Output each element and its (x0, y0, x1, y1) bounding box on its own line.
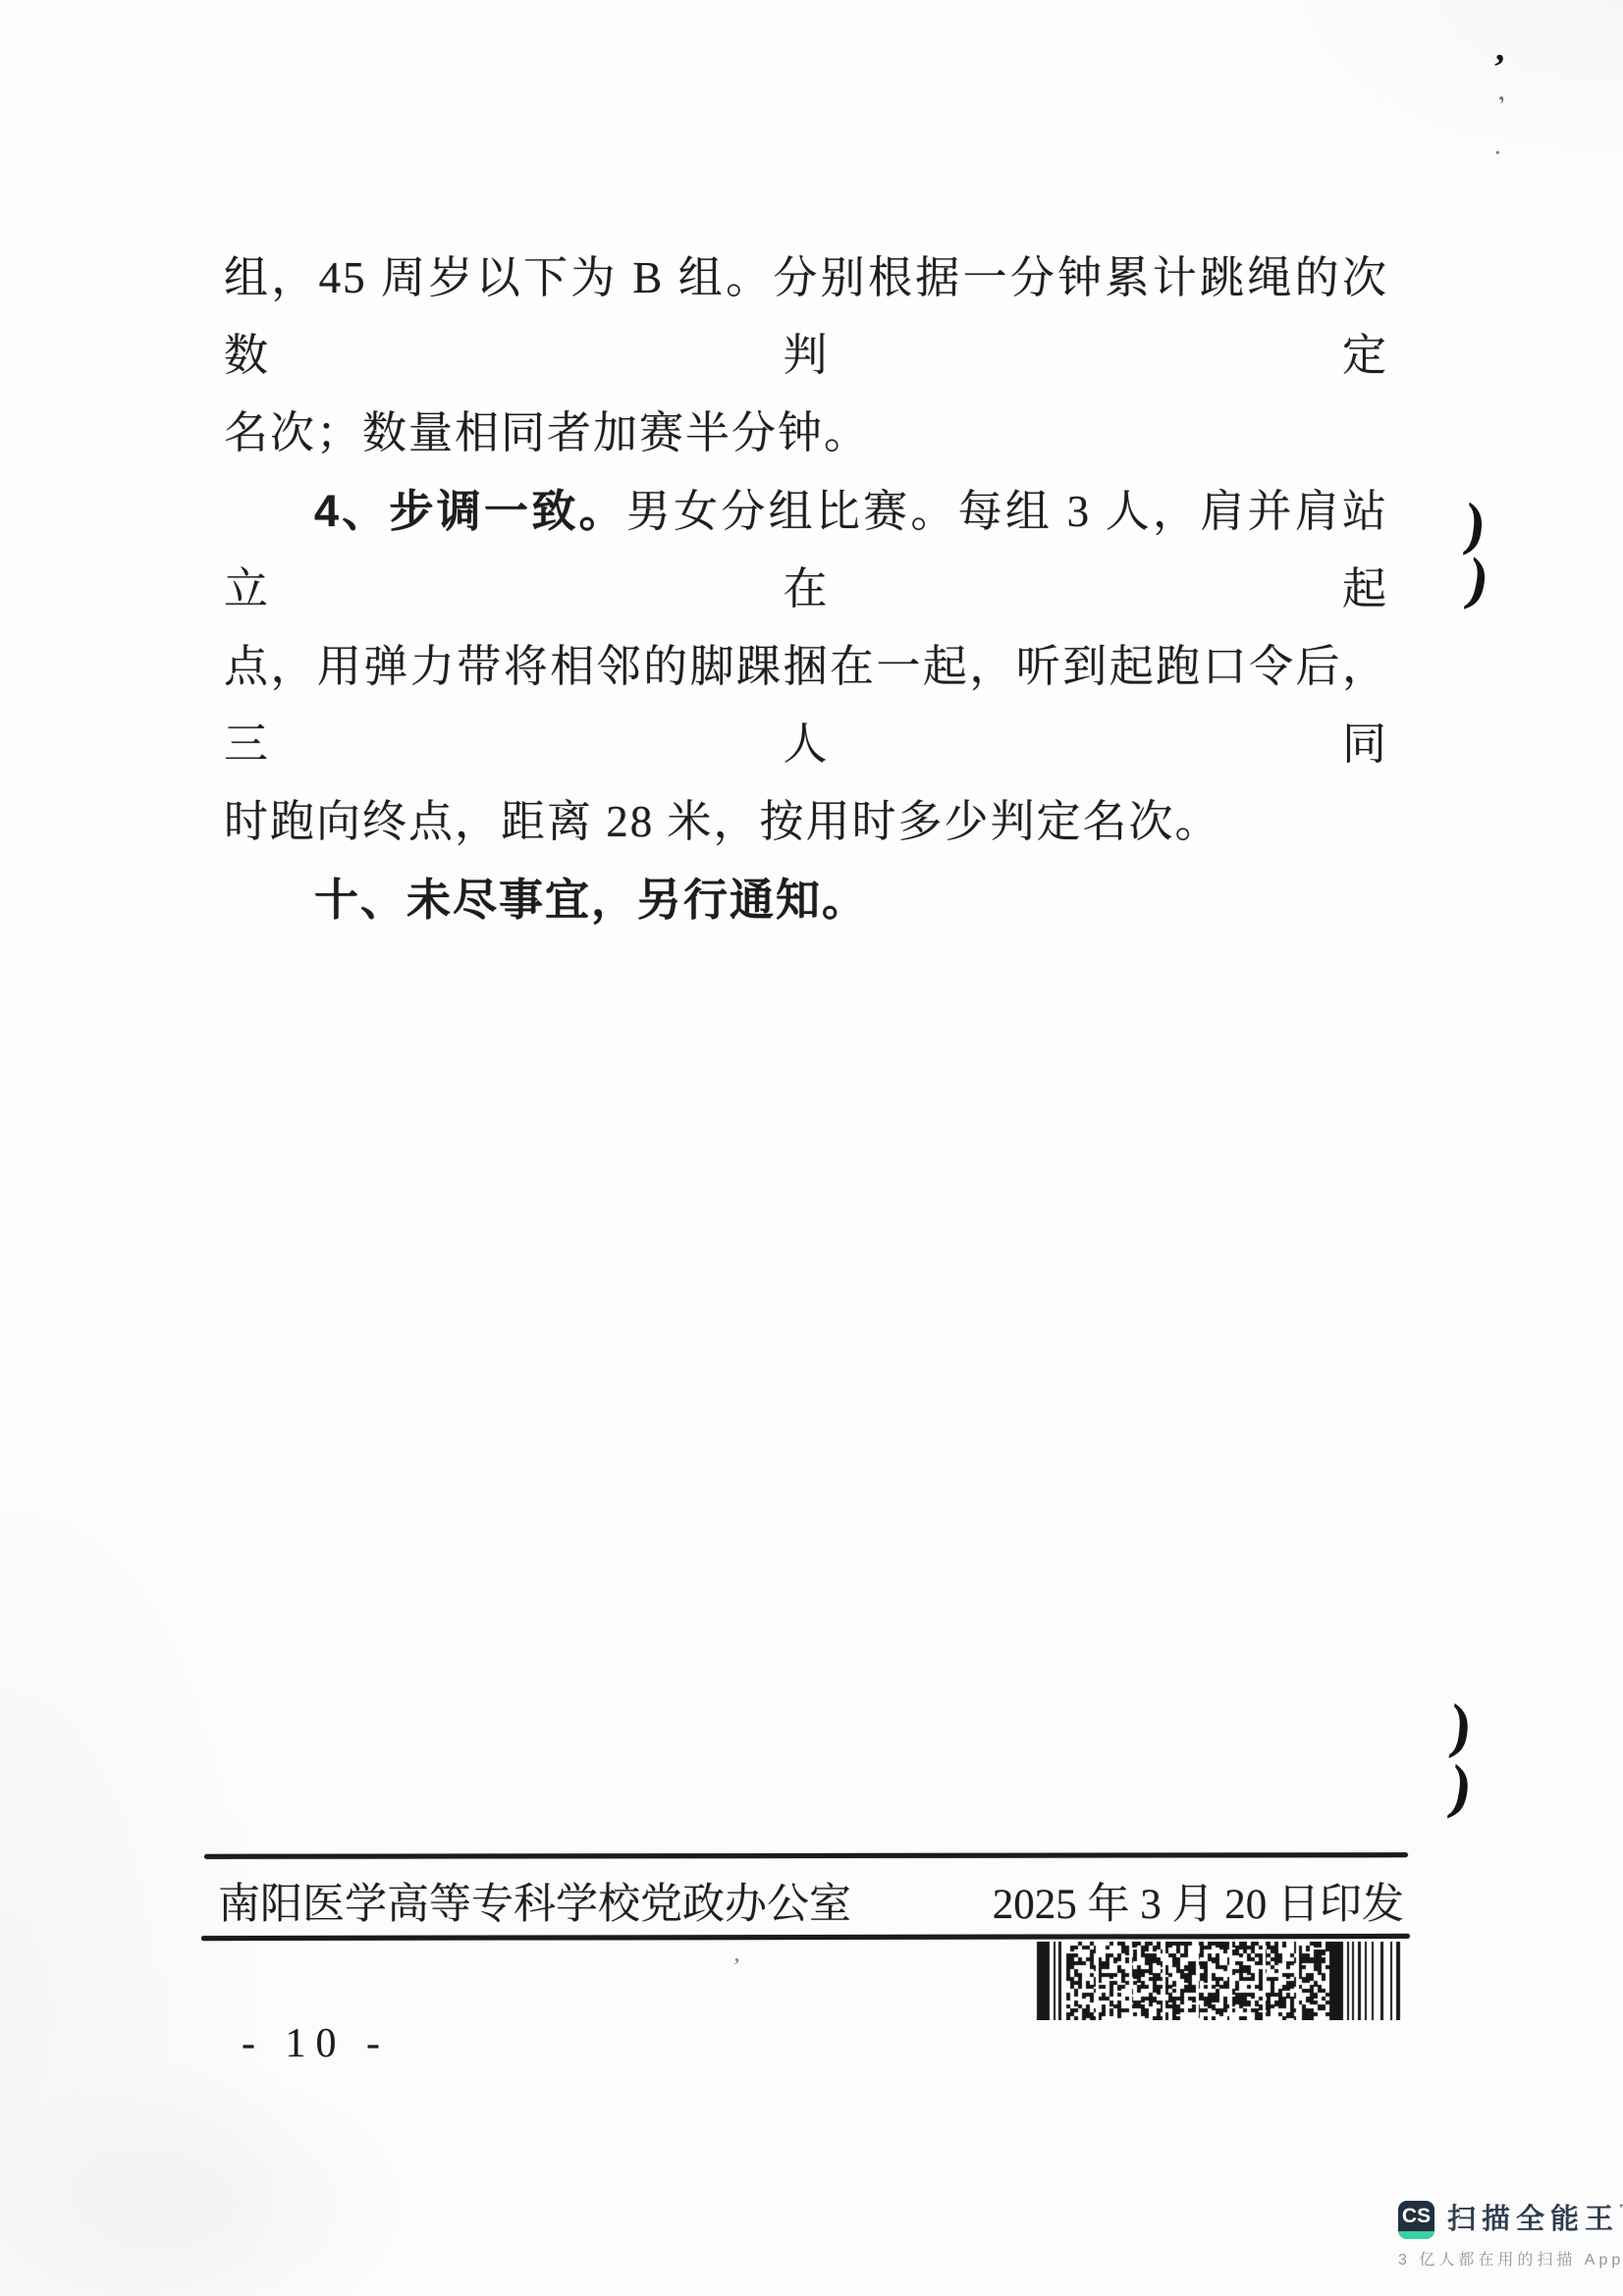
app-name-text: 扫描全能王 (1447, 2204, 1619, 2235)
body-line-3: 4、步调一致。男女分组比赛。每组 3 人，肩并肩站立在起 (224, 472, 1388, 628)
footer-row: 南阳医学高等专科学校党政办公室 2025 年 3 月 20 日印发 (218, 1870, 1404, 1931)
trademark-symbol: ™ (1619, 2204, 1623, 2215)
logo-accent-strip (1398, 2231, 1434, 2239)
body-line-5: 时跑向终点，距离 28 米，按用时多少判定名次。 (224, 783, 1388, 861)
app-name: 扫描全能王™ (1447, 2201, 1623, 2239)
print-date: 2025 年 3 月 20 日印发 (993, 1871, 1404, 1931)
scan-binding-mark: ) (1447, 1695, 1474, 1758)
item-4-heading: 4、步调一致。 (314, 486, 626, 536)
footer-divider-top (204, 1852, 1408, 1859)
page-number: - 10 - (242, 2020, 390, 2067)
body-line-4: 点，用弹力带将相邻的脚踝捆在一起，听到起跑口令后，三人同 (224, 628, 1388, 783)
camscanner-logo-icon: CS (1398, 2201, 1434, 2239)
scan-ink-mark: · (1494, 143, 1501, 163)
document-barcode (1035, 1942, 1404, 2020)
scan-binding-mark: ) (1445, 1756, 1475, 1819)
camscanner-watermark: CS 扫描全能王™ 3 亿人都在用的扫描 App (1398, 2201, 1604, 2269)
scan-binding-mark: ) (1462, 549, 1492, 611)
body-line-2: 名次；数量相同者加赛半分钟。 (224, 395, 1388, 472)
document-body: 组，45 周岁以下为 B 组。分别根据一分钟累计跳绳的次数判定 名次；数量相同者… (224, 240, 1388, 938)
issuing-office: 南阳医学高等专科学校党政办公室 (218, 1871, 851, 1931)
app-tagline: 3 亿人都在用的扫描 App (1398, 2247, 1604, 2269)
scan-ink-mark: , (734, 1946, 739, 1965)
scanned-document-page: 组，45 周岁以下为 B 组。分别根据一分钟累计跳绳的次数判定 名次；数量相同者… (0, 0, 1623, 2296)
footer-divider-bottom (201, 1934, 1410, 1941)
section-10-heading: 十、未尽事宜，另行通知。 (224, 861, 1388, 938)
logo-initials: CS (1398, 2201, 1434, 2232)
body-line-1: 组，45 周岁以下为 B 组。分别根据一分钟累计跳绳的次数判定 (224, 240, 1388, 395)
